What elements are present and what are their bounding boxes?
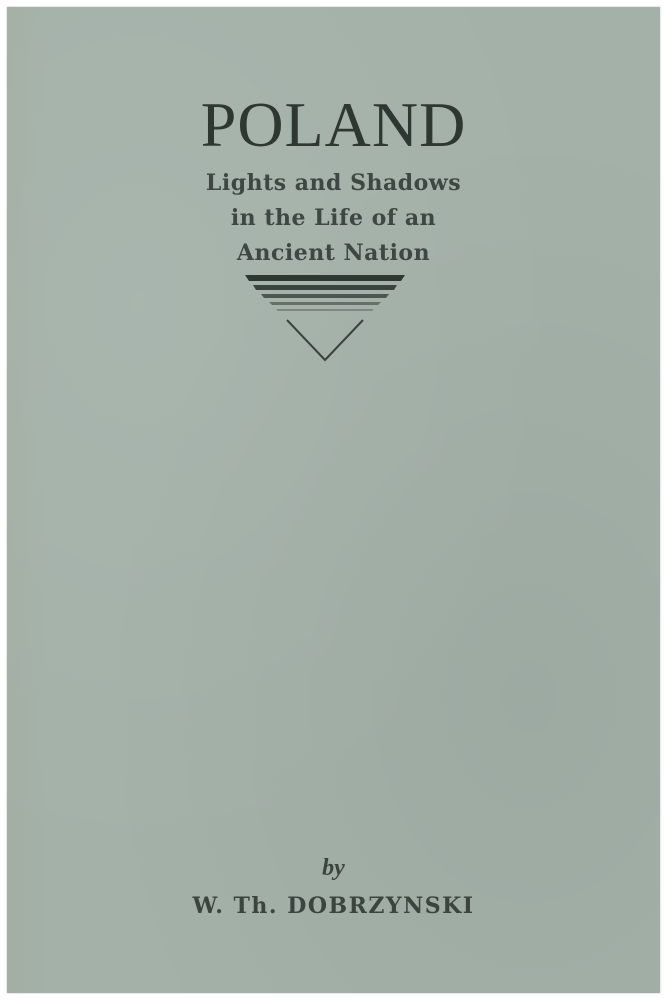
book-cover: POLAND Lights and Shadows in the Life of… [7,7,660,993]
book-title: POLAND [7,93,660,157]
byline: by [7,855,660,882]
subtitle-line: Ancient Nation [7,236,660,271]
author-name: W. Th. DOBRZYNSKI [7,893,660,919]
book-subtitle: Lights and Shadows in the Life of an Anc… [7,166,660,271]
subtitle-line: in the Life of an [7,201,660,236]
striped-triangle-ornament-icon [245,275,405,370]
subtitle-line: Lights and Shadows [7,166,660,201]
